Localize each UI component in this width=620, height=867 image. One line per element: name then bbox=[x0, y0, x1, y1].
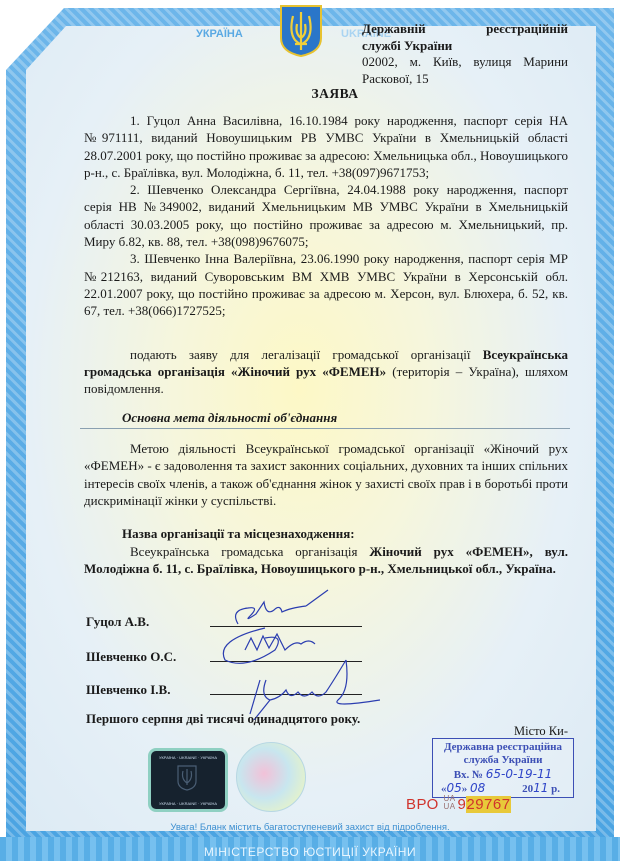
applicant-1: 1. Гуцол Анна Василівна, 16.10.1984 року… bbox=[84, 112, 568, 181]
stamp-day: 05 bbox=[447, 781, 462, 795]
incoming-number: 65-0-19-11 bbox=[486, 767, 552, 781]
serial-series: ВРО bbox=[406, 796, 439, 813]
stamp-year-suffix: 11 bbox=[533, 781, 548, 795]
signature-3-icon bbox=[230, 640, 380, 720]
signatory-name: Шевченко І.В. bbox=[86, 682, 170, 698]
goal-section: Метою діяльності Всеукраїнської громадсь… bbox=[84, 440, 568, 509]
goal-text: Метою діяльності Всеукраїнської громадсь… bbox=[84, 440, 568, 509]
org-name: Всеукраїнська громадська організація Жін… bbox=[84, 543, 568, 578]
stamp-date: «05» 08 2011 р. bbox=[433, 782, 581, 796]
stamp-incoming: Вх. № 65-0-19-11 bbox=[433, 768, 573, 782]
security-globe-icon bbox=[236, 742, 306, 812]
registration-stamp: Державна реєстраційна служба України Вх.… bbox=[432, 738, 574, 798]
city-label: Місто Ки- bbox=[514, 724, 568, 739]
hologram-seal: УКРАЇНА · UKRAINE · УКРАЇНА УКРАЇНА · UK… bbox=[148, 748, 228, 812]
addressee-word2: реєстраційній bbox=[486, 21, 568, 36]
stamp-year-prefix: 20 bbox=[522, 783, 533, 795]
addressee-line1: Державній реєстраційній bbox=[362, 21, 568, 38]
ministry-label: МІНІСТЕРСТВО ЮСТИЦІЇ УКРАЇНИ bbox=[0, 845, 620, 859]
blank-serial-number: ВРО UA UA929767 bbox=[406, 795, 511, 815]
incoming-label: Вх. № bbox=[454, 769, 483, 781]
applicant-3: 3. Шевченко Інна Валеріївна, 23.06.1990 … bbox=[84, 250, 568, 319]
request-paragraph: подають заяву для легалізації громадсько… bbox=[84, 346, 568, 398]
stamp-month: 08 bbox=[470, 781, 485, 795]
security-warning: Увага! Бланк містить багатоступеневий за… bbox=[0, 822, 620, 833]
hologram-top-text: УКРАЇНА · UKRAINE · УКРАЇНА bbox=[151, 755, 225, 760]
stamp-line2: служба України bbox=[433, 754, 573, 767]
date-line: Першого серпня дві тисячі одинадцятого р… bbox=[86, 711, 360, 727]
applicant-2: 2. Шевченко Олександра Сергіївна, 24.04.… bbox=[84, 181, 568, 250]
org-name-prefix: Всеукраїнська громадська організація bbox=[130, 544, 369, 559]
addressee-line2: службі України bbox=[362, 38, 568, 55]
addressee-word1: Державній bbox=[362, 21, 426, 36]
applicants-section: 1. Гуцол Анна Василівна, 16.10.1984 року… bbox=[84, 112, 568, 397]
org-heading: Назва організації та місцезнаходження: bbox=[122, 526, 355, 542]
signatory-name: Шевченко О.С. bbox=[86, 649, 176, 665]
address-line2: Раскової, 15 bbox=[362, 71, 568, 88]
ukraina-label: УКРАЇНА bbox=[196, 28, 243, 40]
document-title: ЗАЯВА bbox=[0, 86, 620, 102]
serial-country: UA UA bbox=[444, 795, 458, 811]
certificate-page: УКРАЇНА UKRAINE Державній реєстраційній … bbox=[0, 0, 620, 867]
goal-heading: Основна мета діяльності об'єднання bbox=[122, 410, 337, 426]
hologram-bottom-text: УКРАЇНА · UKRAINE · УКРАЇНА bbox=[151, 801, 225, 806]
trident-emblem-icon bbox=[279, 4, 323, 58]
addressee-block: Державній реєстраційній службі України 0… bbox=[362, 21, 568, 87]
org-section: Всеукраїнська громадська організація Жін… bbox=[84, 543, 568, 578]
hologram-trident-icon bbox=[177, 765, 197, 791]
stamp-line1: Державна реєстраційна bbox=[433, 741, 573, 754]
signatory-name: Гуцол А.В. bbox=[86, 614, 149, 630]
serial-number-highlight: 29767 bbox=[466, 796, 510, 813]
day-close-quote: » bbox=[462, 783, 468, 795]
request-prefix: подають заяву для легалізації громадсько… bbox=[130, 347, 483, 362]
goal-heading-divider bbox=[80, 428, 570, 429]
stamp-year-label: р. bbox=[551, 783, 560, 795]
address-line1: 02002, м. Київ, вулиця Марини bbox=[362, 54, 568, 71]
